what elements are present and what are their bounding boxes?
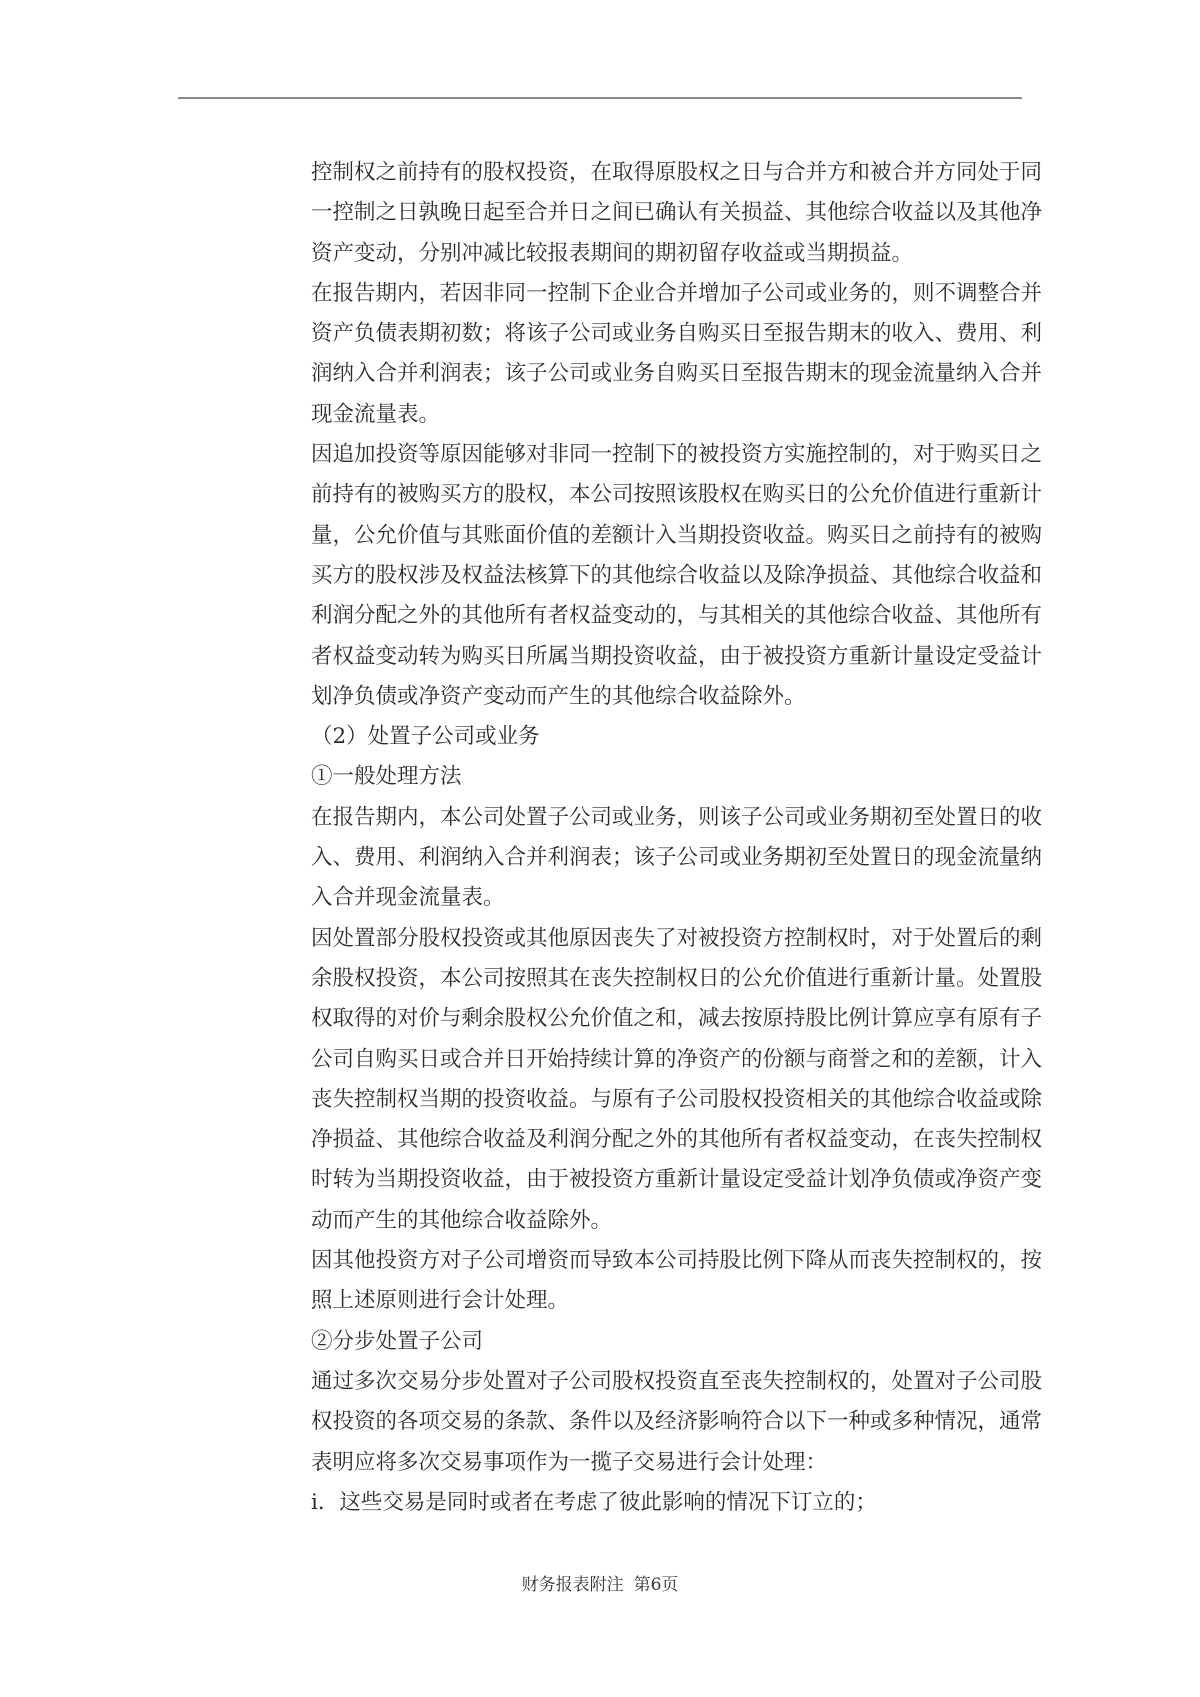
text-line: 因处置部分股权投资或其他原因丧失了对被投资方控制权时，对于处置后的剩 [311, 919, 1019, 959]
section-heading: （2）处置子公司或业务 [311, 717, 1019, 757]
page-number: 第6页 [634, 1575, 679, 1595]
text-line: 者权益变动转为购买日所属当期投资收益，由于被投资方重新计量设定受益计 [311, 637, 1019, 677]
text-line: 权取得的对价与剩余股权公允价值之和，减去按原持股比例计算应享有原有子 [311, 999, 1019, 1039]
text-line: 在报告期内，本公司处置子公司或业务，则该子公司或业务期初至处置日的收 [311, 798, 1019, 838]
subsection-heading: ②分步处置子公司 [311, 1322, 1019, 1362]
text-line: 利润分配之外的其他所有者权益变动的，与其相关的其他综合收益、其他所有 [311, 596, 1019, 636]
text-line: 控制权之前持有的股权投资，在取得原股权之日与合并方和被合并方同处于同 [311, 153, 1019, 193]
text-line: 划净负债或净资产变动而产生的其他综合收益除外。 [311, 677, 1019, 717]
text-line: 丧失控制权当期的投资收益。与原有子公司股权投资相关的其他综合收益或除 [311, 1080, 1019, 1120]
page-footer: 财务报表附注第6页 [0, 1570, 1200, 1595]
text-line: 通过多次交易分步处置对子公司股权投资直至丧失控制权的，处置对子公司股 [311, 1362, 1019, 1402]
text-line: 余股权投资，本公司按照其在丧失控制权日的公允价值进行重新计量。处置股 [311, 959, 1019, 999]
text-line: 前持有的被购买方的股权，本公司按照该股权在购买日的公允价值进行重新计 [311, 475, 1019, 515]
text-line: 资产负债表期初数；将该子公司或业务自购买日至报告期末的收入、费用、利 [311, 314, 1019, 354]
text-line: 现金流量表。 [311, 395, 1019, 435]
text-line: 净损益、其他综合收益及利润分配之外的其他所有者权益变动，在丧失控制权 [311, 1120, 1019, 1160]
text-line: 因追加投资等原因能够对非同一控制下的被投资方实施控制的，对于购买日之 [311, 435, 1019, 475]
text-line: 因其他投资方对子公司增资而导致本公司持股比例下降从而丧失控制权的，按 [311, 1241, 1019, 1281]
text-line: 一控制之日孰晚日起至合并日之间已确认有关损益、其他综合收益以及其他净 [311, 193, 1019, 233]
text-line: 权投资的各项交易的条款、条件以及经济影响符合以下一种或多种情况，通常 [311, 1402, 1019, 1442]
text-line: 动而产生的其他综合收益除外。 [311, 1201, 1019, 1241]
text-line: 资产变动，分别冲减比较报表期间的期初留存收益或当期损益。 [311, 234, 1019, 274]
list-item: ⅰ．这些交易是同时或者在考虑了彼此影响的情况下订立的； [311, 1483, 1019, 1523]
text-line: 时转为当期投资收益，由于被投资方重新计量设定受益计划净负债或净资产变 [311, 1160, 1019, 1200]
text-line: 入、费用、利润纳入合并利润表；该子公司或业务期初至处置日的现金流量纳 [311, 838, 1019, 878]
body-text: 控制权之前持有的股权投资，在取得原股权之日与合并方和被合并方同处于同 一控制之日… [311, 153, 1019, 1523]
text-line: 表明应将多次交易事项作为一揽子交易进行会计处理： [311, 1443, 1019, 1483]
text-line: 在报告期内，若因非同一控制下企业合并增加子公司或业务的，则不调整合并 [311, 274, 1019, 314]
text-line: 照上述原则进行会计处理。 [311, 1281, 1019, 1321]
text-line: 买方的股权涉及权益法核算下的其他综合收益以及除净损益、其他综合收益和 [311, 556, 1019, 596]
text-line: 公司自购买日或合并日开始持续计算的净资产的份额与商誉之和的差额，计入 [311, 1040, 1019, 1080]
text-line: 量，公允价值与其账面价值的差额计入当期投资收益。购买日之前持有的被购 [311, 516, 1019, 556]
footer-title: 财务报表附注 [522, 1575, 624, 1595]
text-line: 入合并现金流量表。 [311, 878, 1019, 918]
header-rule [178, 97, 1022, 99]
text-line: 润纳入合并利润表；该子公司或业务自购买日至报告期末的现金流量纳入合并 [311, 354, 1019, 394]
subsection-heading: ①一般处理方法 [311, 757, 1019, 797]
